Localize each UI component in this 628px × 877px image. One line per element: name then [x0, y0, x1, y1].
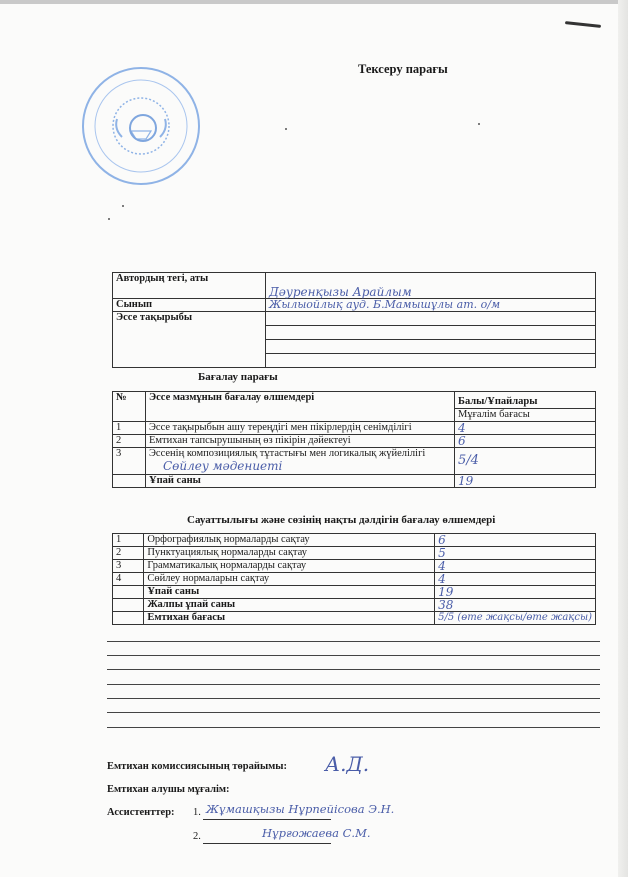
speck: [122, 205, 124, 207]
row-num: 2: [113, 435, 146, 448]
row-score: 5: [435, 547, 596, 560]
table-row: № Эссе мазмұнын бағалау өлшемдері Балы/Ұ…: [113, 392, 596, 409]
table-row: Емтихан бағасы 5/5 (өте жақсы/өте жақсы): [113, 612, 596, 625]
ruled-line: [107, 655, 600, 656]
total-label: Ұпай саны: [146, 475, 455, 488]
blank-cell: [113, 612, 144, 625]
row-criteria: Орфографиялық нормаларды сақтау: [144, 534, 435, 547]
scanned-page: Тексеру парағы Автордың тегі, аты Дәурен…: [0, 0, 628, 877]
scan-right-edge: [618, 0, 628, 877]
author-name-label: Автордың тегі, аты: [113, 273, 266, 299]
summary-label: Емтихан бағасы: [144, 612, 435, 625]
summary-label: Ұпай саны: [144, 586, 435, 599]
chair-label: Емтихан комиссиясының төрайымы:: [107, 761, 287, 772]
blank-cell: [113, 475, 146, 488]
table-row: Автордың тегі, аты Дәуренқызы Арайлым: [113, 273, 596, 299]
row-criteria: Пунктуациялық нормаларды сақтау: [144, 547, 435, 560]
essay-topic-value: [266, 312, 596, 326]
row-criteria: Эссенің композициялық тұтастығы мен логи…: [146, 448, 455, 475]
class-value: Жылыойлық ауд. Б.Мамышұлы ат. о/м: [266, 299, 596, 312]
row-score: 6: [455, 435, 596, 448]
exam-grade-value: 5/5 (өте жақсы/өте жақсы): [435, 612, 596, 625]
literacy-sheet-title: Сауаттылығы және сөзінің нақты дәлдігін …: [187, 514, 495, 526]
essay-topic-label: Эссе тақырыбы: [113, 312, 266, 368]
summary-label: Жалпы ұпай саны: [144, 599, 435, 612]
teacher-grade-header: Мұғалім бағасы: [455, 409, 596, 422]
row-score: 4: [435, 560, 596, 573]
criteria-text: Эссенің композициялық тұтастығы мен логи…: [149, 448, 425, 459]
author-table: Автордың тегі, аты Дәуренқызы Арайлым Сы…: [112, 272, 596, 368]
assistant-1-name: Жұмашқызы Нұрпейісова Э.Н.: [206, 802, 394, 816]
row-score: 5/4: [455, 448, 596, 475]
literacy-table: 1 Орфографиялық нормаларды сақтау 6 2 Пу…: [112, 533, 596, 625]
pen-mark: [565, 21, 601, 28]
official-stamp: [82, 67, 200, 185]
total-value: 19: [455, 475, 596, 488]
table-row: Сынып Жылыойлық ауд. Б.Мамышұлы ат. о/м: [113, 299, 596, 312]
assistant-2-num: 2.: [193, 831, 201, 842]
speck: [285, 128, 287, 130]
table-row: Эссе тақырыбы: [113, 312, 596, 326]
points-header: Балы/Ұпайлары: [455, 392, 596, 409]
class-label: Сынып: [113, 299, 266, 312]
row-score: 4: [435, 573, 596, 586]
scan-top-edge: [0, 0, 628, 4]
blank-cell: [113, 599, 144, 612]
assistant-1-num: 1.: [193, 807, 201, 818]
table-row: 1 Эссе тақырыбын ашу тереңдігі мен пікір…: [113, 422, 596, 435]
ruled-line: [107, 669, 600, 670]
chair-signature: А.Д.: [325, 752, 369, 776]
row-criteria: Грамматикалық нормаларды сақтау: [144, 560, 435, 573]
ruled-line: [107, 698, 600, 699]
page-title: Тексеру парағы: [358, 62, 448, 77]
table-row: 3 Грамматикалық нормаларды сақтау 4: [113, 560, 596, 573]
table-row: Жалпы ұпай саны 38: [113, 599, 596, 612]
ruled-line: [107, 727, 600, 728]
row-num: 1: [113, 422, 146, 435]
table-row: 3 Эссенің композициялық тұтастығы мен ло…: [113, 448, 596, 475]
row-score: 4: [455, 422, 596, 435]
grading-sheet-title: Бағалау парағы: [198, 371, 278, 383]
table-row: 1 Орфографиялық нормаларды сақтау 6: [113, 534, 596, 547]
num-header: №: [113, 392, 146, 422]
speck: [108, 218, 110, 220]
summary-value: 19: [435, 586, 596, 599]
row-num: 4: [113, 573, 144, 586]
table-row: 2 Емтихан тапсырушының өз пікірін дәйект…: [113, 435, 596, 448]
blank-cell: [266, 354, 596, 368]
blank-cell: [266, 326, 596, 340]
stamp-center: [129, 114, 157, 142]
assistants-label: Ассистенттер:: [107, 807, 175, 818]
table-row: 4 Сөйлеу нормаларын сақтау 4: [113, 573, 596, 586]
signature-line: [203, 819, 331, 820]
table-row: 2 Пунктуациялық нормаларды сақтау 5: [113, 547, 596, 560]
table-row: Ұпай саны 19: [113, 586, 596, 599]
ruled-line: [107, 684, 600, 685]
row-criteria: Эссе тақырыбын ашу тереңдігі мен пікірле…: [146, 422, 455, 435]
handwritten-note: Сөйлеу мәдениеті: [163, 459, 282, 473]
row-num: 3: [113, 448, 146, 475]
table-row: Ұпай саны 19: [113, 475, 596, 488]
assistant-2-name: Нұрғожаева С.М.: [262, 826, 371, 840]
row-num: 1: [113, 534, 144, 547]
row-score: 6: [435, 534, 596, 547]
speck: [478, 123, 480, 125]
row-num: 3: [113, 560, 144, 573]
author-name-value: Дәуренқызы Арайлым: [266, 273, 596, 299]
signature-line: [203, 843, 331, 844]
summary-value: 38: [435, 599, 596, 612]
blank-cell: [113, 586, 144, 599]
row-criteria: Емтихан тапсырушының өз пікірін дәйектеу…: [146, 435, 455, 448]
criteria-header: Эссе мазмұнын бағалау өлшемдері: [146, 392, 455, 422]
grading-table: № Эссе мазмұнын бағалау өлшемдері Балы/Ұ…: [112, 391, 596, 488]
blank-cell: [266, 340, 596, 354]
teacher-label: Емтихан алушы мұғалім:: [107, 784, 230, 795]
ruled-line: [107, 641, 600, 642]
ruled-line: [107, 712, 600, 713]
row-criteria: Сөйлеу нормаларын сақтау: [144, 573, 435, 586]
row-num: 2: [113, 547, 144, 560]
